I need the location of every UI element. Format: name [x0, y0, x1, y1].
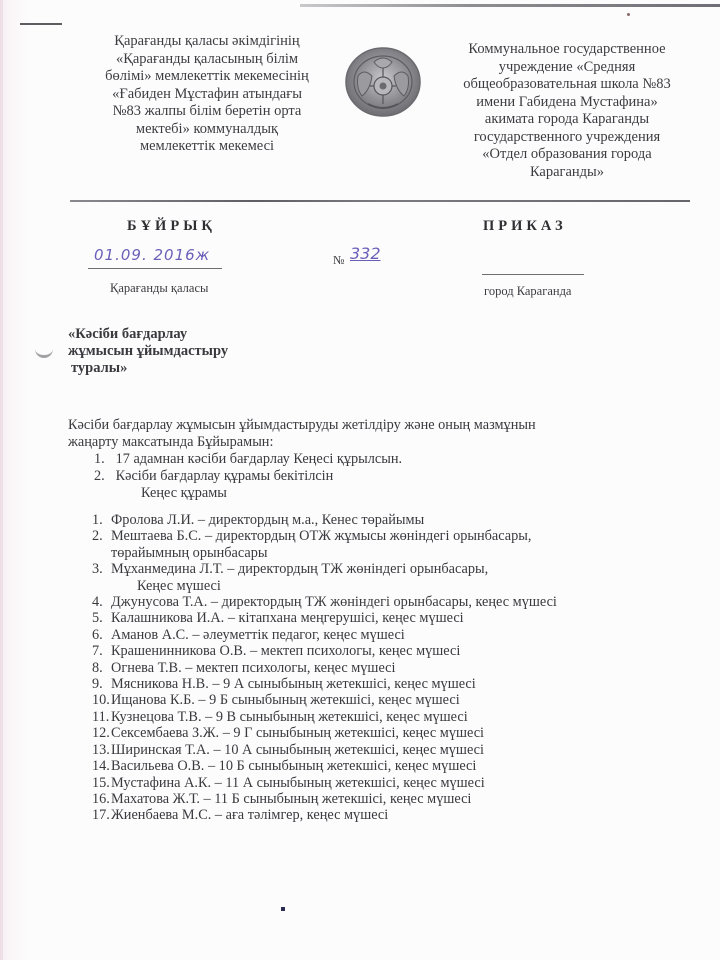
letterhead-kz-line: бөлімі» мемлекеттік мекемесінің — [72, 68, 342, 86]
member-text: Мясникова Н.В. – 9 А сыныбының жетекшісі… — [111, 676, 476, 692]
member-text: Калашникова И.А. – кітапхана меңгерушісі… — [111, 610, 464, 626]
member-number: 15. — [92, 775, 111, 791]
list-item: 9.Мясникова Н.В. – 9 А сыныбының жетекші… — [92, 676, 672, 692]
order-number-label: № — [333, 253, 344, 268]
list-item: 6.Аманов А.С. – әлеуметтік педагог, кеңе… — [92, 627, 672, 643]
doc-type-kazakh: БҰЙРЫҚ — [127, 218, 216, 235]
letterhead-kz-line: мемлекеттік мекемесі — [72, 138, 342, 156]
member-text: Сексембаева З.Ж. – 9 Г сыныбының жетекші… — [111, 725, 484, 741]
letterhead-kz-line: Қарағанды қаласы әкімдігінің — [72, 33, 342, 51]
list-item: 14.Васильева О.В. – 10 Б сыныбының жетек… — [92, 758, 672, 774]
member-text: Мустафина А.К. – 11 А сыныбының жетекшіс… — [111, 775, 485, 791]
member-text-continuation: Кеңес мүшесі — [92, 578, 672, 594]
list-item: 17.Жиенбаева М.С. – аға тәлімгер, кеңес … — [92, 807, 672, 823]
member-number: 10. — [92, 692, 111, 708]
letterhead-ru-line: Коммунальное государственное — [432, 41, 702, 59]
member-number: 7. — [92, 643, 111, 659]
letterhead-kz-line: «Ғабиден Мұстафин атындағы — [72, 86, 342, 104]
list-item: 5.Калашникова И.А. – кітапхана меңгеруші… — [92, 610, 672, 626]
subject-line: жұмысын ұйымдастыру — [68, 343, 228, 360]
council-composition-heading: Кеңес құрамы — [68, 485, 648, 502]
member-text: Мұханмедина Л.Т. – директордың ТЖ жөнінд… — [111, 561, 488, 577]
member-text: Фролова Л.И. – директордың м.а., Кенес т… — [111, 512, 424, 528]
city-kazakh: Қарағанды қаласы — [110, 281, 208, 296]
letterhead-ru-line: «Отдел образования города — [432, 146, 702, 164]
scan-top-edge-line — [300, 4, 720, 7]
member-text: Огнева Т.В. – мектеп психологы, кеңес мү… — [111, 660, 395, 676]
state-emblem-kazakhstan-icon — [344, 46, 422, 118]
member-number: 9. — [92, 676, 111, 692]
list-item: 4.Джунусова Т.А. – директордың ТЖ жөнінд… — [92, 594, 672, 610]
doc-type-russian: ПРИКАЗ — [483, 218, 567, 235]
letterhead-kz-line: №83 жалпы білім беретін орта — [72, 103, 342, 121]
council-members-list: 1.Фролова Л.И. – директордың м.а., Кенес… — [92, 512, 672, 824]
order-date: 01.09. 2016ж — [94, 246, 210, 264]
member-number: 17. — [92, 807, 111, 823]
scan-edge-shadow — [0, 0, 3, 960]
member-text: Ищанова К.Б. – 9 Б сыныбының жетекшісі, … — [111, 692, 460, 708]
member-number: 8. — [92, 660, 111, 676]
letterhead-ru-line: имени Габидена Мустафина» — [432, 94, 702, 112]
decree-number: 1. — [94, 451, 112, 468]
letterhead-ru-line: акимата города Караганды — [432, 111, 702, 129]
member-number: 16. — [92, 791, 111, 807]
subject-line: «Кәсіби бағдарлау — [68, 326, 228, 343]
scan-mark — [20, 23, 62, 25]
member-text: Махатова Ж.Т. – 11 Б сыныбының жетекшісі… — [111, 791, 471, 807]
list-item: 3.Мұханмедина Л.Т. – директордың ТЖ жөні… — [92, 561, 672, 594]
list-item: 7.Крашенинникова О.В. – мектеп психологы… — [92, 643, 672, 659]
member-number: 3. — [92, 561, 111, 577]
list-item: 11.Кузнецова Т.В. – 9 В сыныбының жетекш… — [92, 709, 672, 725]
member-text: Ширинская Т.А. – 10 А сыныбының жетекшіс… — [111, 742, 484, 758]
order-number: 332 — [350, 244, 381, 263]
letterhead-ru-line: общеобразовательная школа №83 — [432, 76, 702, 94]
member-text: Мештаева Б.С. – директордың ОТЖ жұмысы ж… — [111, 528, 531, 544]
list-item: 2.Мештаева Б.С. – директордың ОТЖ жұмысы… — [92, 528, 672, 561]
member-text: Кузнецова Т.В. – 9 В сыныбының жетекшісі… — [111, 709, 468, 725]
member-number: 5. — [92, 610, 111, 626]
member-number: 6. — [92, 627, 111, 643]
decree-text: Кәсіби бағдарлау құрамы бекітілсін — [116, 468, 334, 484]
member-number: 12. — [92, 725, 111, 741]
member-text-continuation: төрайымның орынбасары — [92, 545, 672, 561]
member-number: 2. — [92, 528, 111, 544]
list-item: 12.Сексембаева З.Ж. – 9 Г сыныбының жете… — [92, 725, 672, 741]
order-body: Кәсіби бағдарлау жұмысын ұйымдастыруды ж… — [68, 417, 648, 502]
date-underline — [88, 268, 222, 269]
subject-line: туралы» — [68, 360, 228, 377]
letterhead-kazakh: Қарағанды қаласы әкімдігінің «Қарағанды … — [72, 33, 342, 156]
letterhead-ru-line: государственного учреждения — [432, 129, 702, 147]
member-number: 11. — [92, 709, 111, 725]
member-number: 4. — [92, 594, 111, 610]
list-item: 15.Мустафина А.К. – 11 А сыныбының жетек… — [92, 775, 672, 791]
list-item: 16.Махатова Ж.Т. – 11 Б сыныбының жетекш… — [92, 791, 672, 807]
scan-speck — [627, 13, 630, 16]
letterhead-ru-line: учреждение «Средняя — [432, 59, 702, 77]
member-text: Крашенинникова О.В. – мектеп психологы, … — [111, 643, 460, 659]
blank-underline — [482, 274, 584, 275]
member-number: 1. — [92, 512, 111, 528]
list-item: 10.Ищанова К.Б. – 9 Б сыныбының жетекшіс… — [92, 692, 672, 708]
decree-text: 17 адамнан кәсіби бағдарлау Кеңесі құрыл… — [116, 451, 403, 467]
member-text: Васильева О.В. – 10 Б сыныбының жетекшіс… — [111, 758, 476, 774]
letterhead-kz-line: мектебі» коммуналдық — [72, 121, 342, 139]
decree-item: 2. Кәсіби бағдарлау құрамы бекітілсін — [68, 468, 648, 485]
list-item: 1.Фролова Л.И. – директордың м.а., Кенес… — [92, 512, 672, 528]
intro-line: жаңарту максатында Бұйырамын: — [68, 434, 648, 451]
scanned-document-page: Қарағанды қаласы әкімдігінің «Қарағанды … — [0, 0, 720, 960]
city-russian: город Караганда — [484, 284, 571, 299]
list-item: 13.Ширинская Т.А. – 10 А сыныбының жетек… — [92, 742, 672, 758]
decree-number: 2. — [94, 468, 112, 485]
member-text: Жиенбаева М.С. – аға тәлімгер, кеңес мүш… — [111, 807, 388, 823]
letterhead-kz-line: «Қарағанды қаласының білім — [72, 51, 342, 69]
member-text: Джунусова Т.А. – директордың ТЖ жөніндег… — [111, 594, 557, 610]
decree-item: 1. 17 адамнан кәсіби бағдарлау Кеңесі құ… — [68, 451, 648, 468]
order-subject: «Кәсіби бағдарлау жұмысын ұйымдастыру ту… — [68, 326, 228, 377]
member-number: 13. — [92, 742, 111, 758]
scan-speck — [281, 907, 285, 911]
letterhead-ru-line: Караганды» — [432, 164, 702, 182]
list-item: 8.Огнева Т.В. – мектеп психологы, кеңес … — [92, 660, 672, 676]
member-text: Аманов А.С. – әлеуметтік педагог, кеңес … — [111, 627, 405, 643]
punch-hole-mark — [35, 345, 53, 358]
letterhead-divider — [70, 200, 690, 202]
letterhead-russian: Коммунальное государственное учреждение … — [432, 41, 702, 181]
member-number: 14. — [92, 758, 111, 774]
intro-line: Кәсіби бағдарлау жұмысын ұйымдастыруды ж… — [68, 417, 648, 434]
